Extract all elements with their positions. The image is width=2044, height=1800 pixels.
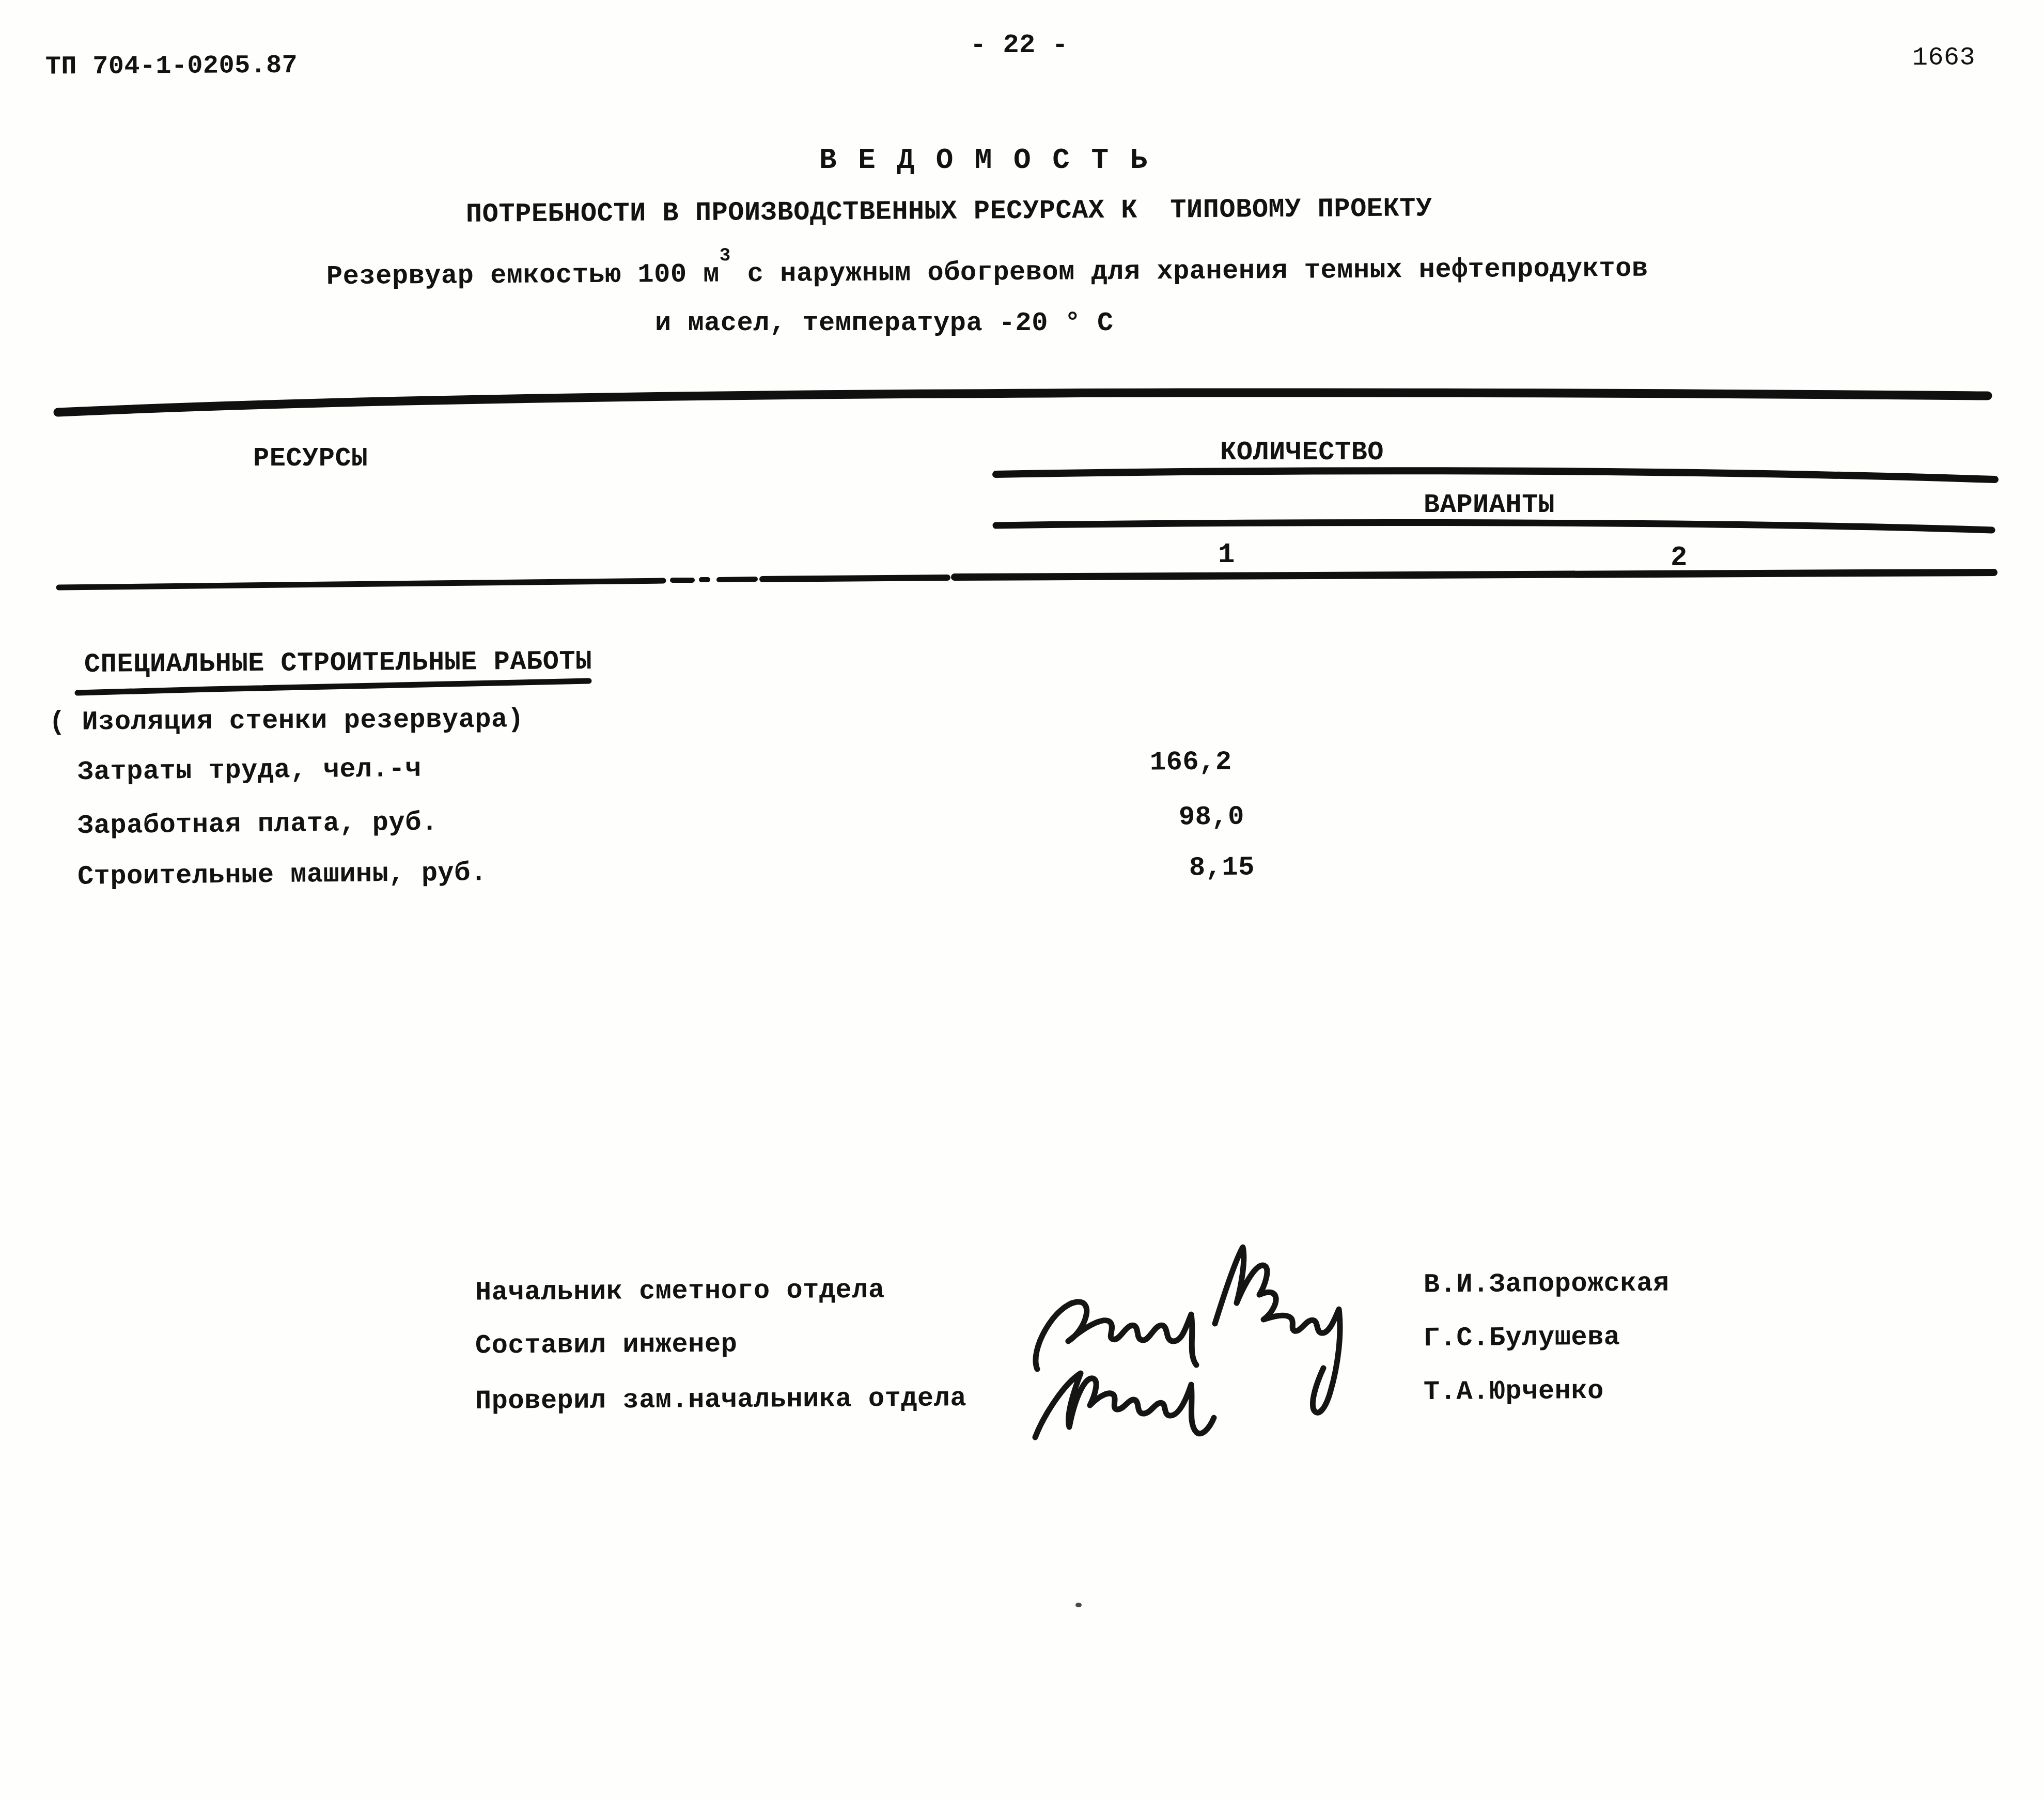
row-value-machines-variant1: 8,15 [1189,855,1255,882]
column-header-variant-1: 1 [1218,541,1235,569]
variants-underline [996,522,1992,530]
temperature-line: и масел, температура -20 ° С [655,310,1114,337]
section-underline [77,681,589,693]
row-value-labor-variant1: 166,2 [1150,749,1232,777]
header-bottom-rule-left [59,581,663,587]
scanned-document-page: ТП 704-1-0205.87 - 22 - 1663 В Е Д О М О… [0,0,2044,1800]
signature-head [1215,1247,1340,1413]
doc-number: ТП 704-1-0205.87 [45,53,298,81]
row-label-machines: Строительные машины, руб. [77,860,487,891]
row-label-wages: Заработная плата, руб. [77,810,438,840]
signature-role-checker: Проверил зам.начальника отдела [475,1385,966,1415]
signature-name-zaporozhskaya: В.И.Запорожская [1424,1270,1669,1299]
table-top-rule [58,393,1988,412]
column-header-quantity: КОЛИЧЕСТВО [1220,439,1384,466]
row-label-labor: Затраты труда, чел.-ч [77,756,422,786]
section-heading: СПЕЦИАЛЬНЫЕ СТРОИТЕЛЬНЫЕ РАБОТЫ [84,648,592,678]
signature-checker [1035,1373,1214,1437]
signature-compiler [1036,1302,1196,1369]
header-bottom-rule-right [955,572,1994,577]
capacity-superscript: 3 [720,245,731,266]
quantity-underline [996,471,1995,479]
signature-role-head: Начальник сметного отдела [475,1277,885,1307]
capacity-text-before: Резервуар емкостью 100 м [326,259,720,292]
sheet-number: 1663 [1912,45,1975,71]
column-header-variants: ВАРИАНТЫ [1424,492,1555,519]
row-value-wages-variant1: 98,0 [1179,804,1244,831]
document-subtitle: ПОТРЕБНОСТИ В ПРОИЗВОДСТВЕННЫХ РЕСУРСАХ … [466,195,1432,228]
signature-role-compiler: Составил инженер [475,1331,738,1359]
column-header-variant-2: 2 [1671,545,1688,572]
document-title: В Е Д О М О С Т Ь [819,144,1149,177]
column-header-resources: РЕСУРСЫ [253,445,368,472]
page-number: - 22 - [970,32,1068,59]
header-bottom-rule-dashes [673,579,755,580]
signature-name-bulusheva: Г.С.Булушева [1424,1324,1620,1352]
section-note: ( Изоляция стенки резервуара) [49,706,524,736]
header-bottom-rule-mid [762,578,947,579]
capacity-text-after: с наружным обогревом для хранения темных… [731,254,1648,290]
scan-artifact-dot [1075,1603,1082,1607]
signature-name-yurchenko: Т.А.Юрченко [1424,1378,1604,1406]
